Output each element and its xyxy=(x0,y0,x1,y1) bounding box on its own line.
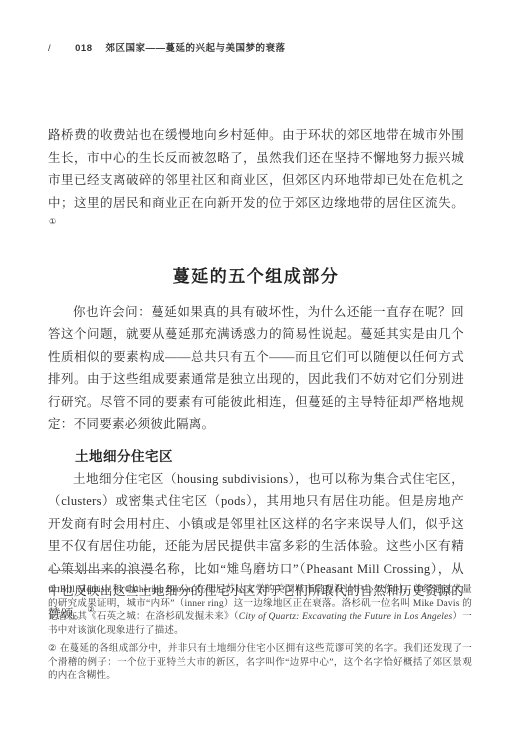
paragraph-continued: 路桥费的收费站也在缓慢地向乡村延伸。由于环状的郊区地带在城市外围生长，市中心的生… xyxy=(48,124,464,237)
paragraph-intro: 你也许会问：蔓延如果真的具有破坏性，为什么还能一直存在呢？回答这个问题，就要从蔓… xyxy=(48,301,464,436)
header-slash: / xyxy=(48,43,51,54)
header-book-title: 郊区国家——蔓延的兴起与美国梦的衰落 xyxy=(106,40,286,54)
book-page: / 018 郊区国家——蔓延的兴起与美国梦的衰落 路桥费的收费站也在缓慢地向乡村… xyxy=(0,0,511,750)
running-header: / 018 郊区国家——蔓延的兴起与美国梦的衰落 xyxy=(48,40,463,54)
paragraph-continued-text: 路桥费的收费站也在缓慢地向乡村延伸。由于环状的郊区地带在城市外围生长，市中心的生… xyxy=(48,128,464,210)
footnote-2-text: 在蔓延的各组成部分中，并非只有土地细分住宅小区拥有这些荒谬可笑的名字。我们还发现… xyxy=(48,644,472,681)
footnote-1: ①Bill Morrish 和 Catherine Brown 在明尼苏达大学的… xyxy=(48,584,472,638)
page-body: 路桥费的收费站也在缓慢地向乡村延伸。由于环状的郊区地带在城市外围生长，市中心的生… xyxy=(48,124,464,625)
footnote-divider xyxy=(48,570,154,571)
footnote-2: ②在蔓延的各组成部分中，并非只有土地细分住宅小区拥有这些荒谬可笑的名字。我们还发… xyxy=(48,643,472,684)
section-heading: 蔓延的五个组成部分 xyxy=(48,262,464,287)
header-page-number: 018 xyxy=(75,43,92,54)
footnote-block: ①Bill Morrish 和 Catherine Brown 在明尼苏达大学的… xyxy=(48,570,472,684)
footnote-2-marker: ② xyxy=(48,644,57,654)
footnote-ref-1: ① xyxy=(49,217,56,226)
footnote-1-italic-title: City of Quartz: Excavating the Future in… xyxy=(239,612,453,622)
footnote-1-marker: ① xyxy=(48,585,57,595)
subsection-heading: 土地细分住宅区 xyxy=(48,445,464,465)
